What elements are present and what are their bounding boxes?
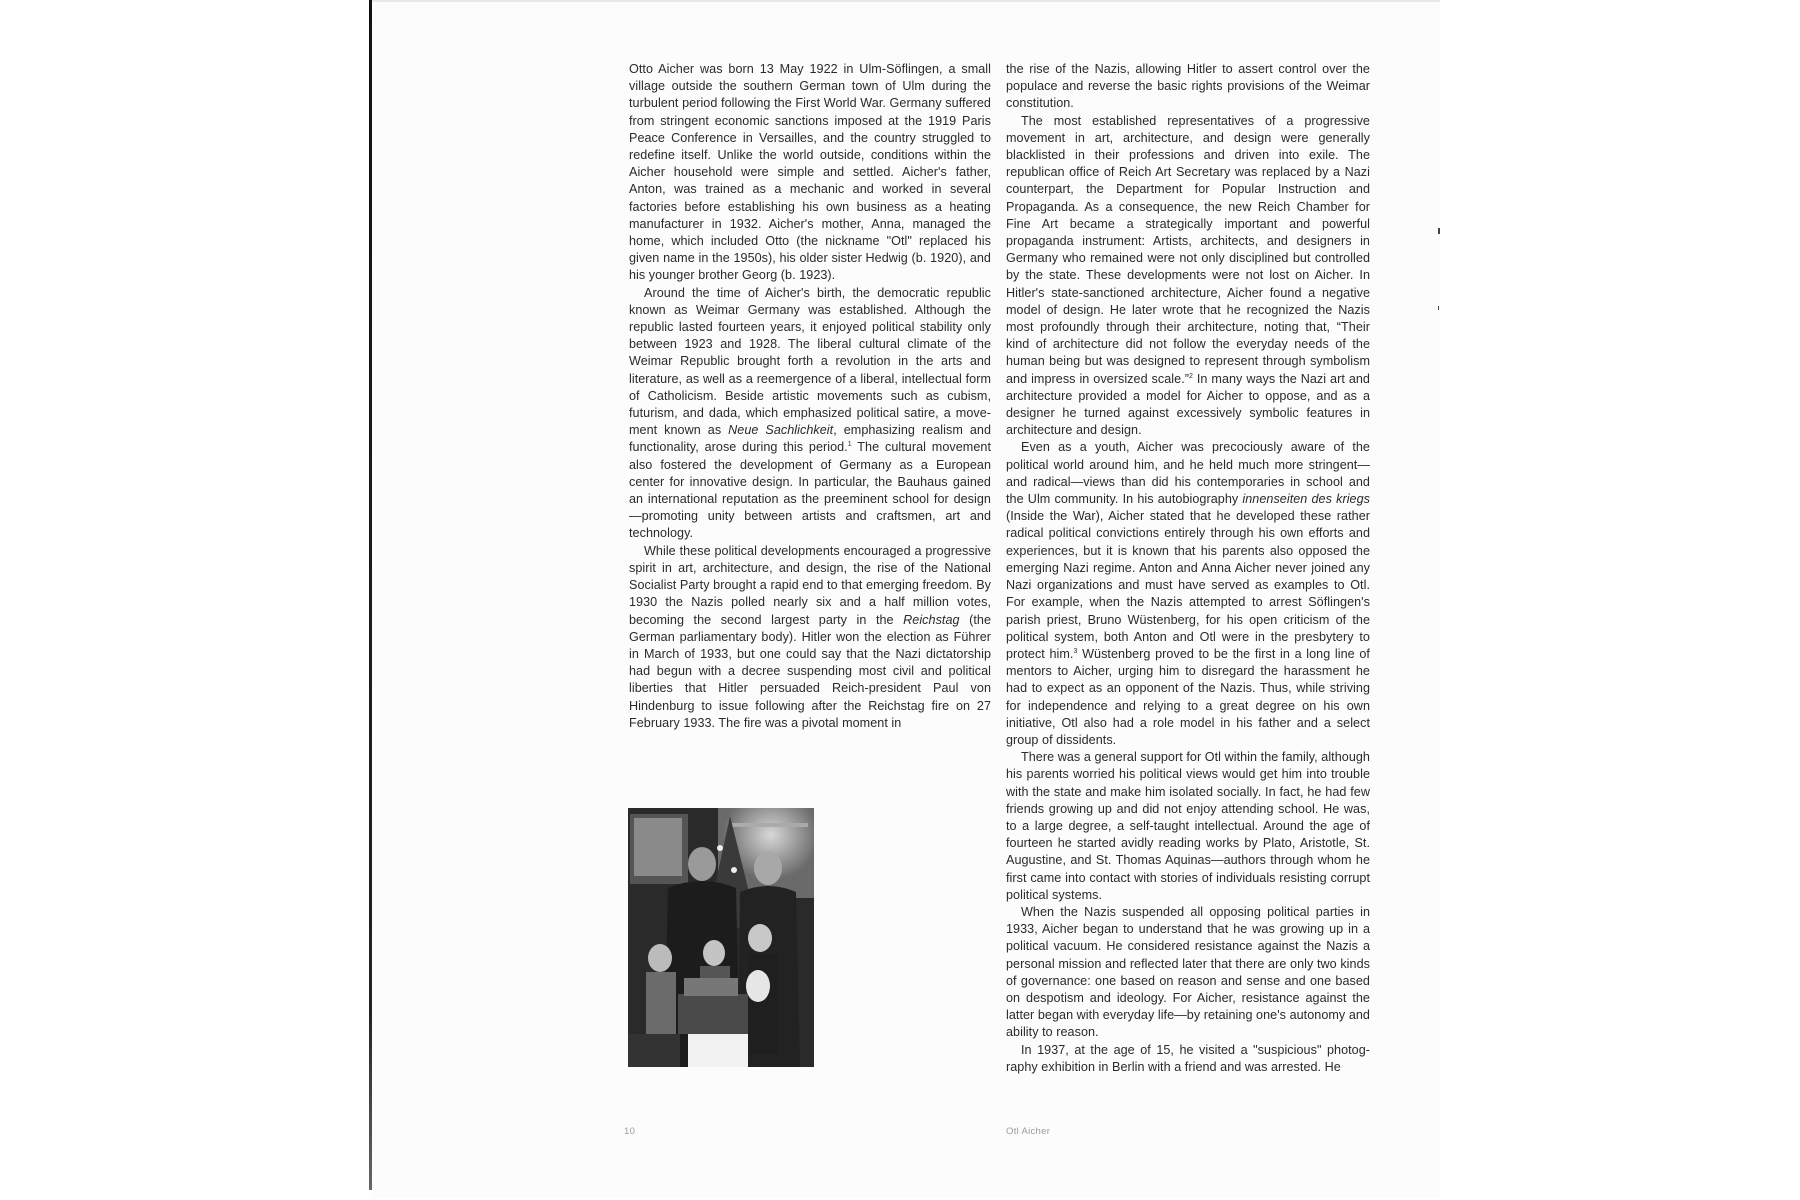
photo-image-icon <box>628 808 814 1067</box>
scan-speck <box>1438 306 1439 310</box>
paragraph-weimar: Around the time of Aicher's birth, the d… <box>629 285 991 543</box>
italic-title: innenseiten des kriegs <box>1242 492 1370 506</box>
paragraph-birth: Otto Aicher was born 13 May 1922 in Ulm-… <box>629 61 991 285</box>
paragraph-blacklisted: The most established representatives of … <box>1006 113 1370 440</box>
scan-speck <box>1438 228 1440 234</box>
page-number: 10 <box>624 1126 635 1137</box>
left-text-column: Otto Aicher was born 13 May 1922 in Ulm-… <box>629 61 991 732</box>
paragraph-continuation: the rise of the Nazis, allowing Hitler t… <box>1006 61 1370 113</box>
paragraph-nazi-rise: While these political developments encou… <box>629 543 991 732</box>
scan-gutter-shadow <box>369 0 372 1190</box>
italic-term: Neue Sachlichkeit <box>728 423 833 437</box>
paragraph-arrest: In 1937, at the age of 15, he visited a … <box>1006 1042 1370 1076</box>
page-top-edge <box>372 0 1440 2</box>
paragraph-resistance: When the Nazis suspended all opposing po… <box>1006 904 1370 1042</box>
paragraph-youth: Even as a youth, Aicher was precociously… <box>1006 439 1370 749</box>
paragraph-family-support: There was a general support for Otl with… <box>1006 749 1370 904</box>
family-photograph <box>628 808 814 1067</box>
right-text-column: the rise of the Nazis, allowing Hitler t… <box>1006 61 1370 1076</box>
running-footer-title: Otl Aicher <box>1006 1126 1050 1137</box>
italic-term: Reichstag <box>903 613 959 627</box>
